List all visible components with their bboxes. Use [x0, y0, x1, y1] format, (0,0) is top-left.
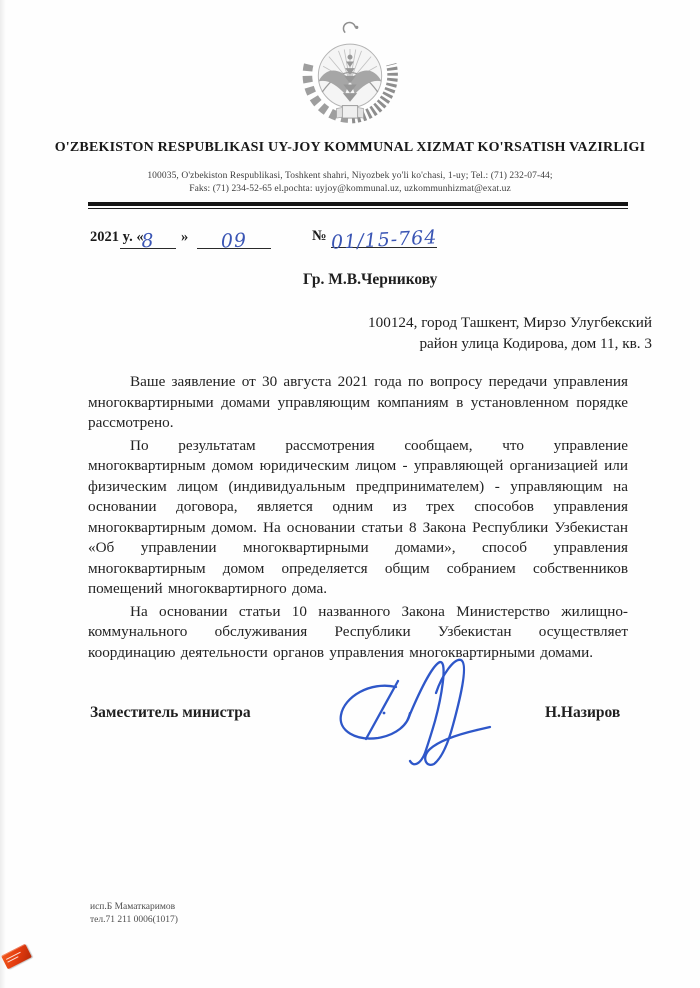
- handwritten-signature-icon: [330, 655, 515, 773]
- uzbekistan-coat-of-arms-icon: [302, 20, 398, 124]
- recipient-address-line1: 100124, город Ташкент, Мирзо Улугбекский: [296, 312, 652, 333]
- recipient-address-line2: район улица Кодирова, дом 11, кв. 3: [296, 333, 652, 354]
- date-day-blank: 8: [120, 229, 176, 249]
- handwritten-number: 01/15-764: [330, 226, 437, 254]
- date-quote-close: »: [181, 229, 188, 246]
- recipient-address: 100124, город Ташкент, Мирзо Улугбекский…: [296, 312, 652, 354]
- signer-title: Заместитель министра: [90, 704, 251, 722]
- scanned-letter-page: O'ZBEKISTON RESPUBLIKASI UY-JOY KOMMUNAL…: [0, 0, 700, 988]
- executor-phone: тел.71 211 0006(1017): [90, 914, 178, 927]
- date-month-blank: 09: [197, 229, 271, 249]
- executor-name: исп.Б Маматкаримов: [90, 901, 178, 914]
- handwritten-month: 09: [196, 228, 271, 254]
- ministry-address-line1: 100035, O'zbekiston Respublikasi, Toshke…: [0, 171, 700, 181]
- letter-body: Ваше заявление от 30 августа 2021 года п…: [88, 372, 628, 665]
- ministry-name: O'ZBEKISTON RESPUBLIKASI UY-JOY KOMMUNAL…: [0, 140, 700, 156]
- recipient-name: Гр. М.В.Черникову: [303, 271, 437, 289]
- header-divider: [88, 202, 628, 209]
- executor-block: исп.Б Маматкаримов тел.71 211 0006(1017): [90, 901, 178, 926]
- paragraph-1: Ваше заявление от 30 августа 2021 года п…: [88, 372, 628, 434]
- handwritten-day: 8: [119, 229, 176, 254]
- signer-name: Н.Назиров: [545, 704, 620, 722]
- ministry-address-line2: Faks: (71) 234-52-65 el.pochta: uyjoy@ko…: [0, 184, 700, 194]
- paragraph-3: На основании статьи 10 названного Закона…: [88, 602, 628, 664]
- number-blank: 01/15-764: [331, 228, 437, 248]
- paragraph-2: По результатам рассмотрения сообщаем, чт…: [88, 436, 628, 600]
- number-label: №: [312, 228, 327, 245]
